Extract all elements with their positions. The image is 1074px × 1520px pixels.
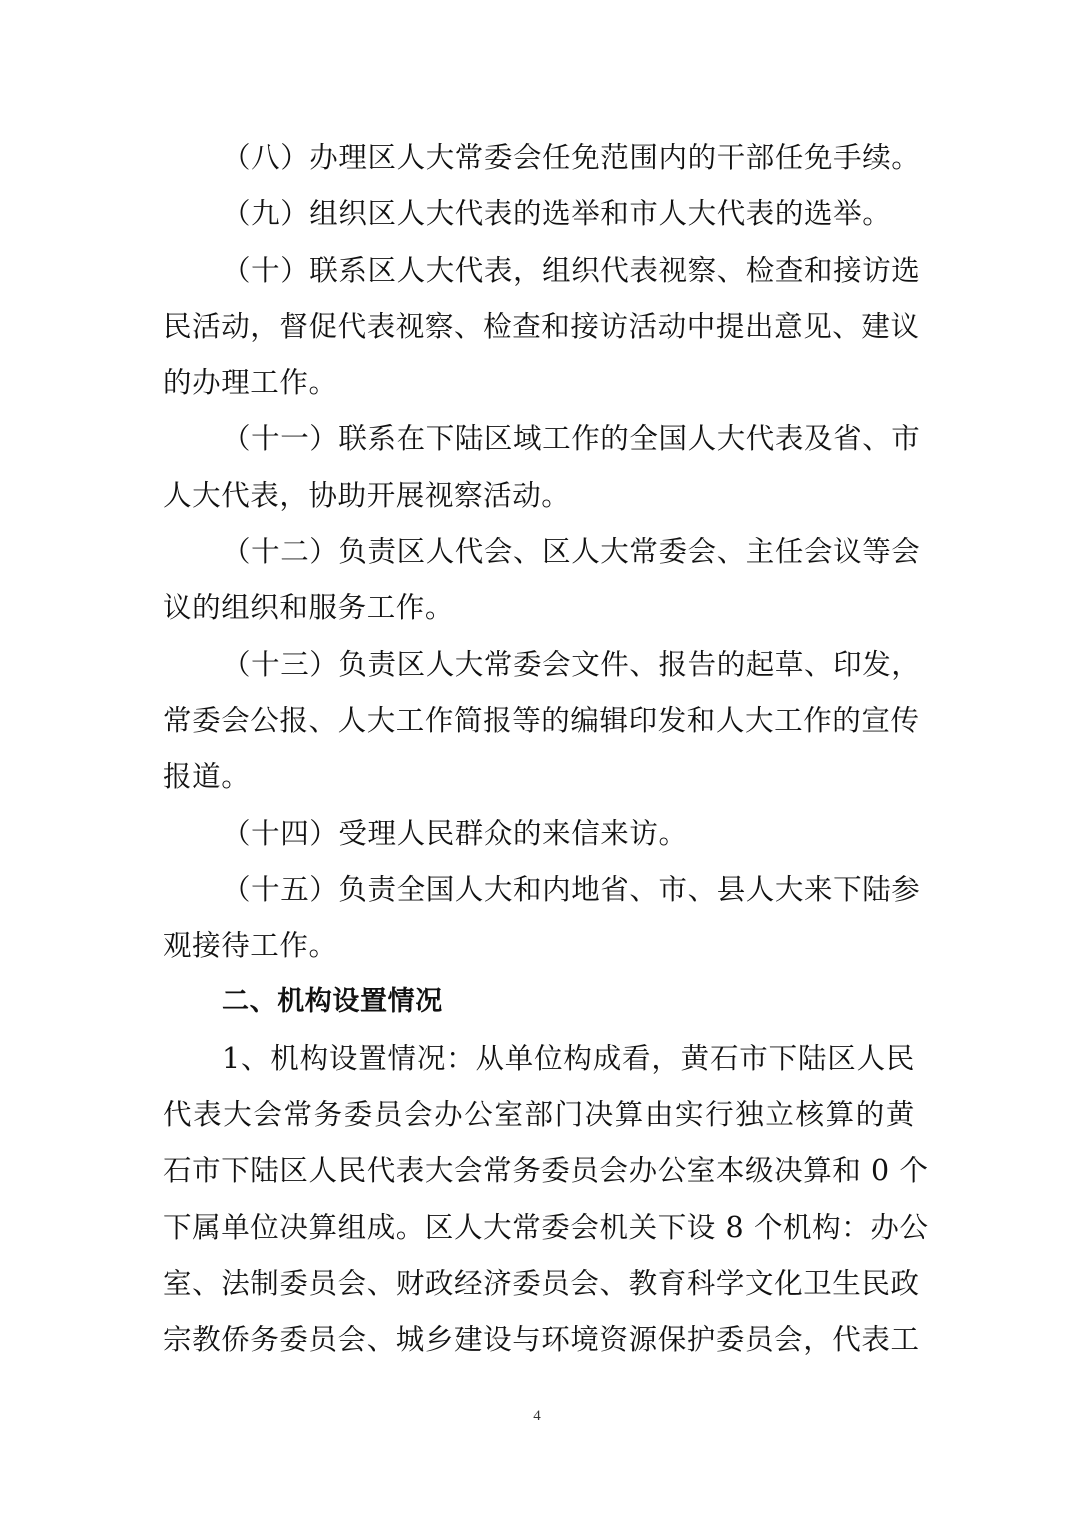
paragraph-item-15-line-1: （十五）负责全国人大和内地省、市、县人大来下陆参	[163, 862, 915, 918]
org-setup-line-4: 下属单位决算组成。区人大常委会机关下设 8 个机构：办公	[163, 1200, 915, 1256]
paragraph-item-11-line-2: 人大代表，协助开展视察活动。	[163, 468, 915, 524]
paragraph-item-9: （九）组织区人大代表的选举和市人大代表的选举。	[163, 186, 915, 242]
section-heading: 二、机构设置情况	[163, 974, 915, 1030]
paragraph-item-13-line-1: （十三）负责区人大常委会文件、报告的起草、印发，	[163, 637, 915, 693]
org-setup-line-1: 1、机构设置情况：从单位构成看，黄石市下陆区人民	[163, 1031, 915, 1087]
paragraph-item-10-line-1: （十）联系区人大代表，组织代表视察、检查和接访选	[163, 243, 915, 299]
org-setup-line-5: 室、法制委员会、财政经济委员会、教育科学文化卫生民政	[163, 1256, 915, 1312]
paragraph-item-12-line-1: （十二）负责区人代会、区人大常委会、主任会议等会	[163, 524, 915, 580]
paragraph-item-15-line-2: 观接待工作。	[163, 918, 915, 974]
paragraph-item-14: （十四）受理人民群众的来信来访。	[163, 806, 915, 862]
paragraph-item-12-line-2: 议的组织和服务工作。	[163, 580, 915, 636]
org-setup-line-3: 石市下陆区人民代表大会常务委员会办公室本级决算和 0 个	[163, 1143, 915, 1199]
paragraph-item-10-line-2: 民活动，督促代表视察、检查和接访活动中提出意见、建议	[163, 299, 915, 355]
page-number: 4	[0, 1408, 1074, 1425]
paragraph-item-13-line-2: 常委会公报、人大工作简报等的编辑印发和人大工作的宣传	[163, 693, 915, 749]
paragraph-item-11-line-1: （十一）联系在下陆区域工作的全国人大代表及省、市	[163, 411, 915, 467]
paragraph-item-8: （八）办理区人大常委会任免范围内的干部任免手续。	[163, 130, 915, 186]
org-setup-line-6: 宗教侨务委员会、城乡建设与环境资源保护委员会，代表工	[163, 1312, 915, 1368]
org-setup-line-2: 代表大会常务委员会办公室部门决算由实行独立核算的黄	[163, 1087, 915, 1143]
paragraph-item-10-line-3: 的办理工作。	[163, 355, 915, 411]
document-page: （八）办理区人大常委会任免范围内的干部任免手续。 （九）组织区人大代表的选举和市…	[163, 130, 915, 1369]
paragraph-item-13-line-3: 报道。	[163, 749, 915, 805]
